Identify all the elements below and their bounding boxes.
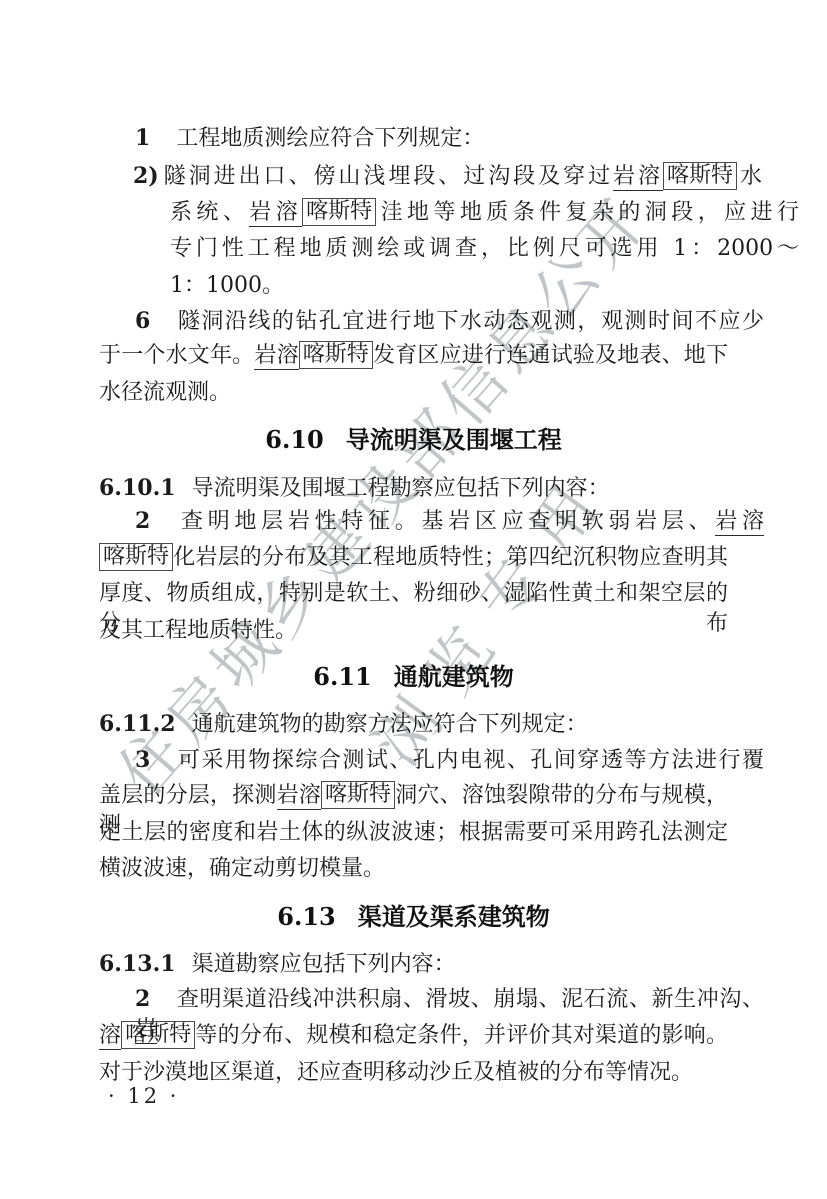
body-text: 对于沙漠地区渠道，还应查明移动沙丘及植被的分布等情况。 (99, 1060, 693, 1085)
body-text: 定土层的密度和岩土体的纵波波速；根据需要可采用跨孔法测定 (99, 820, 728, 845)
body-text: 发育区应进行连通试验及地表、地下 (373, 343, 728, 368)
text-line: 1：1000。 (99, 271, 799, 305)
revised-term-new-box: 喀斯特 (302, 198, 376, 226)
text-line: 水径流观测。 (99, 378, 728, 412)
section-number: 6.11.2 (99, 711, 176, 737)
section-number: 6.13.1 (99, 951, 176, 977)
text-line: 对于沙漠地区渠道，还应查明移动沙丘及植被的分布等情况。 (99, 1058, 728, 1092)
text-line: 2)隧洞进出口、傍山浅埋段、过沟段及穿过岩溶喀斯特水 (99, 161, 762, 195)
revised-term-new-box: 喀斯特 (299, 341, 373, 369)
body-text: 隧洞进出口、傍山浅埋段、过沟段及穿过 (161, 164, 613, 189)
clause-number: 2) (133, 163, 159, 189)
text-line: 溶喀斯特等的分布、规模和稳定条件，并评价其对渠道的影响。 (99, 1021, 728, 1055)
body-text: 查明地层岩性特征。基岩区应查明软弱岩层、 (176, 509, 715, 534)
text-line: 于一个水文年。岩溶喀斯特发育区应进行连通试验及地表、地下 (99, 341, 728, 375)
body-text: 工程地质测绘应符合下列规定： (176, 126, 484, 151)
body-text: 盖层的分层，探测 (99, 783, 277, 808)
revised-term-old: 岩溶 (715, 509, 764, 536)
heading-title: 渠道及渠系建筑物 (358, 903, 550, 931)
text-line: 厚度、物质组成，特别是软土、粉细砂、湿陷性黄土和架空层的分布 (99, 579, 728, 613)
body-text: 查明渠道沿线冲洪积扇、滑坡、崩塌、泥石流、新生冲沟、 (176, 987, 764, 1012)
document-page: 住房城乡建设部信息公开 浏览专用 1工程地质测绘应符合下列规定： 2)隧洞进出口… (0, 0, 827, 1199)
text-line: 喀斯特化岩层的分布及其工程地质特性；第四纪沉积物应查明其 (99, 543, 728, 577)
section-heading-6-11: 6.11通航建筑物 (99, 661, 728, 695)
text-line: 2查明地层岩性特征。基岩区应查明软弱岩层、岩溶 (99, 506, 764, 540)
page-number: · 12 · (108, 1084, 179, 1108)
text-line: 2查明渠道沿线冲洪积扇、滑坡、崩塌、泥石流、新生冲沟、岩 (99, 984, 764, 1018)
revised-term-new-box: 喀斯特 (121, 1021, 195, 1049)
section-heading-6-13: 6.13渠道及渠系建筑物 (99, 901, 728, 935)
revised-term-new-box: 喀斯特 (663, 162, 737, 190)
text-line: 系统、岩溶喀斯特洼地等地质条件复杂的洞段，应进行 (99, 198, 799, 232)
clause-number: 1 (135, 125, 150, 151)
body-text: 等的分布、规模和稳定条件，并评价其对渠道的影响。 (195, 1023, 728, 1048)
heading-number: 6.11 (313, 662, 371, 691)
text-line: 6.11.2通航建筑物的勘察方法应符合下列规定： (99, 709, 728, 743)
body-text: 水径流观测。 (99, 380, 231, 405)
revised-term-new-box: 喀斯特 (99, 543, 173, 571)
body-text: 1：1000。 (170, 273, 284, 298)
body-text: 洼地等地质条件复杂的洞段，应进行 (376, 200, 799, 225)
text-line: 6隧洞沿线的钻孔宜进行地下水动态观测，观测时间不应少 (99, 306, 764, 340)
text-line: 定土层的密度和岩土体的纵波波速；根据需要可采用跨孔法测定 (99, 818, 728, 852)
clause-number: 2 (135, 508, 150, 534)
clause-number: 3 (135, 747, 150, 773)
section-heading-6-10: 6.10导流明渠及围堰工程 (99, 424, 728, 458)
text-line: 3可采用物探综合测试、孔内电视、孔间穿透等方法进行覆 (99, 745, 764, 779)
heading-title: 导流明渠及围堰工程 (346, 426, 562, 454)
text-line: 1工程地质测绘应符合下列规定： (99, 123, 764, 157)
revised-term-old: 溶 (99, 1023, 121, 1050)
revised-term-old: 岩溶 (249, 200, 302, 227)
text-line: 6.10.1导流明渠及围堰工程勘察应包括下列内容： (99, 473, 728, 507)
heading-title: 通航建筑物 (394, 663, 514, 691)
clause-number: 6 (135, 308, 150, 334)
section-number: 6.10.1 (99, 475, 176, 501)
body-text: 系统、 (170, 200, 249, 225)
body-text: 通航建筑物的勘察方法应符合下列规定： (192, 712, 588, 737)
text-line: 6.13.1渠道勘察应包括下列内容： (99, 949, 728, 983)
revised-term-old: 岩溶 (613, 164, 663, 191)
body-text: 横波波速，确定动剪切模量。 (99, 856, 385, 881)
body-text: 化岩层的分布及其工程地质特性；第四纪沉积物应查明其 (173, 545, 728, 570)
body-text: 导流明渠及围堰工程勘察应包括下列内容： (192, 476, 610, 501)
body-text: 于一个水文年。 (99, 343, 254, 368)
body-text: 可采用物探综合测试、孔内电视、孔间穿透等方法进行覆 (176, 748, 764, 773)
revised-term-new-box: 喀斯特 (321, 781, 395, 809)
body-text: 专门性工程地质测绘或调查，比例尺可选用 1：2000～ (170, 236, 799, 261)
revised-term-old: 岩溶 (254, 343, 298, 370)
heading-number: 6.13 (277, 902, 335, 931)
text-line: 专门性工程地质测绘或调查，比例尺可选用 1：2000～ (99, 234, 799, 268)
body-text: 及其工程地质特性。 (99, 618, 297, 643)
text-line: 盖层的分层，探测岩溶喀斯特洞穴、溶蚀裂隙带的分布与规模，测 (99, 781, 728, 815)
clause-number: 2 (135, 986, 150, 1012)
body-text: 隧洞沿线的钻孔宜进行地下水动态观测，观测时间不应少 (176, 309, 764, 334)
body-text: 渠道勘察应包括下列内容： (192, 952, 456, 977)
text-line: 及其工程地质特性。 (99, 616, 728, 650)
heading-number: 6.10 (265, 425, 323, 454)
revised-term-old: 岩溶 (277, 783, 321, 810)
body-text: 水 (737, 164, 762, 189)
text-line: 横波波速，确定动剪切模量。 (99, 854, 728, 888)
